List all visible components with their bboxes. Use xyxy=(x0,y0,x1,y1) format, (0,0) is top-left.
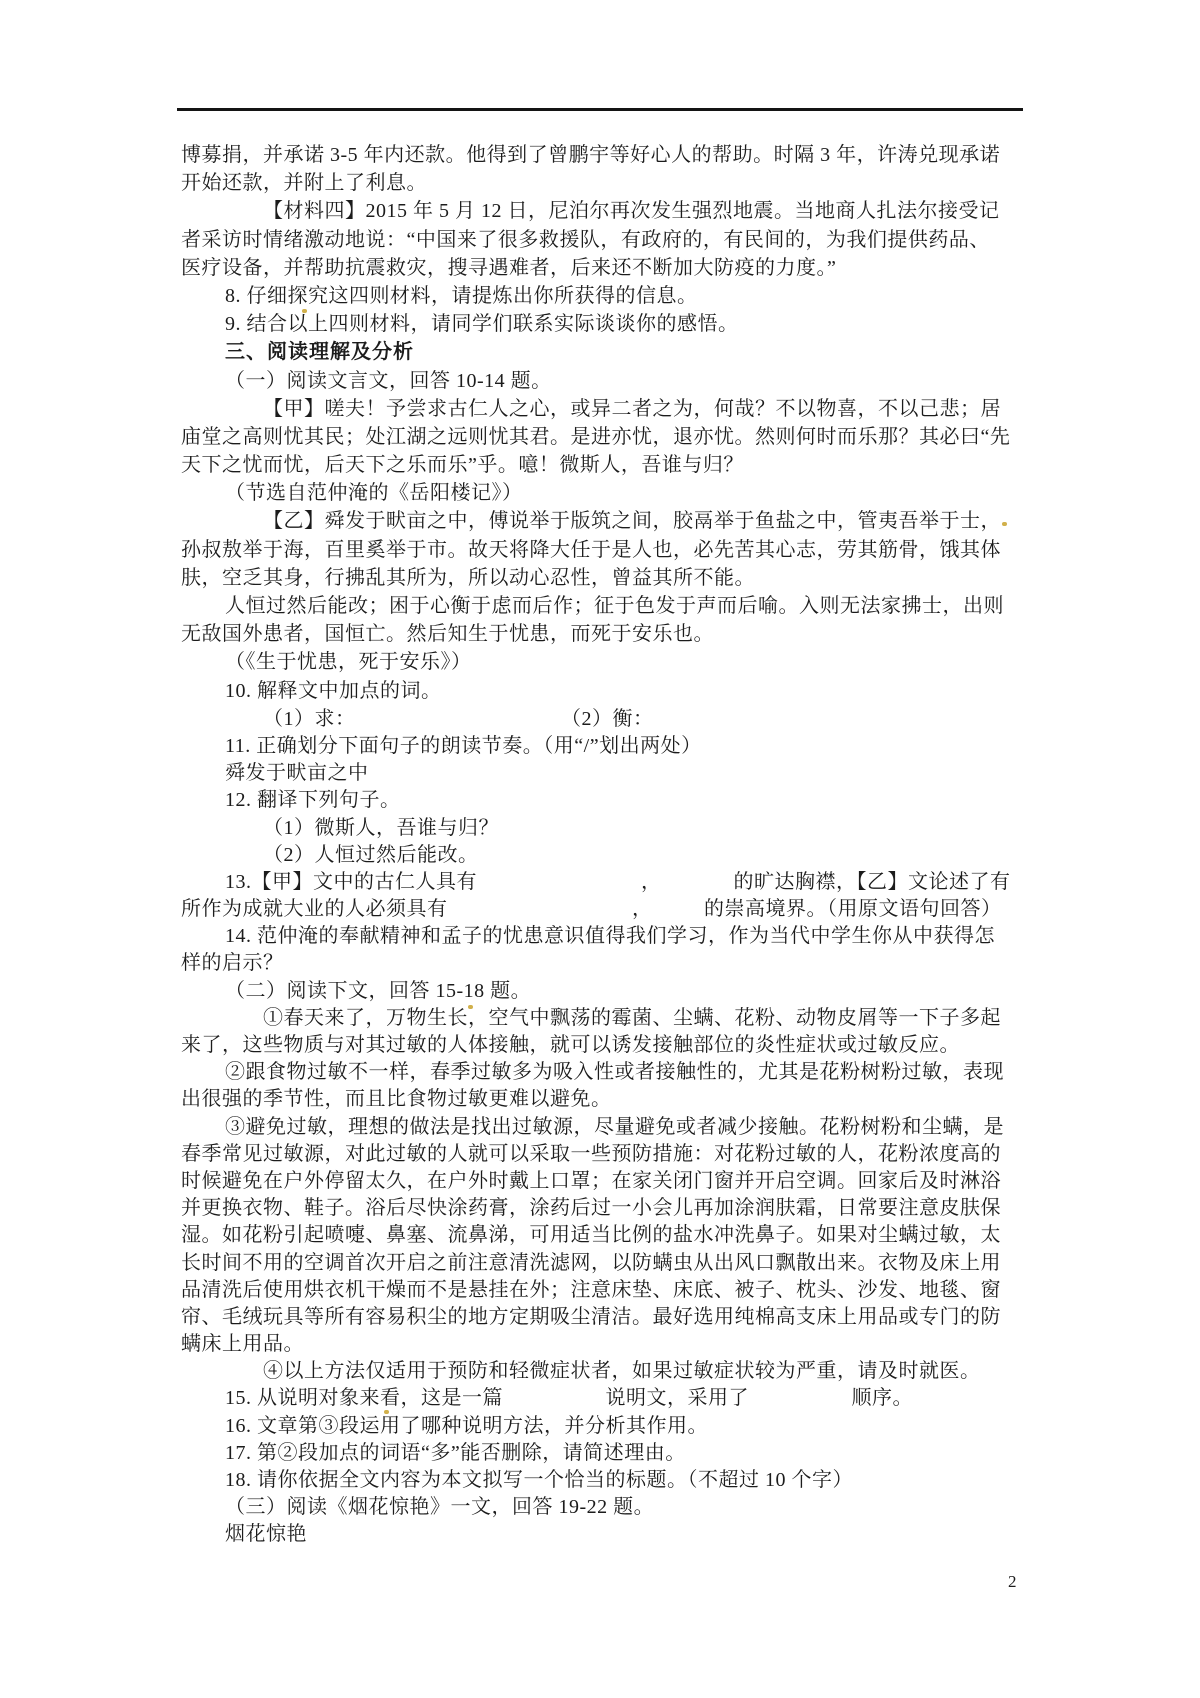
text-line: 者采访时情绪激动地说：“中国来了很多救援队，有政府的，有民间的，为我们提供药品、 xyxy=(181,226,1041,254)
text-line: 13.【甲】文中的古仁人具有 ， 的旷达胸襟，【乙】文论述了有 xyxy=(181,869,1041,896)
text-line: （三）阅读《烟花惊艳》一文，回答 19-22 题。 xyxy=(181,1494,1041,1521)
text-line: 舜发于畎亩之中 xyxy=(181,760,1041,787)
scanned-exam-page: 博募捐，并承诺 3-5 年内还款。他得到了曾鹏宇等好心人的帮助。时隔 3 年，许… xyxy=(0,0,1200,1698)
scan-artifact-dot xyxy=(384,1410,389,1414)
text-line: 【甲】嗟夫！予尝求古仁人之心，或异二者之为，何哉？不以物喜，不以己悲；居 xyxy=(181,395,1041,423)
text-line: 出很强的季节性，而且比食物过敏更难以避免。 xyxy=(181,1086,1041,1113)
text-line: 无敌国外患者，国恒亡。然后知生于忧患，而死于安乐也。 xyxy=(181,620,1041,648)
text-line: 11. 正确划分下面句子的朗读节奏。（用“/”划出两处） xyxy=(181,733,1041,760)
text-line: 样的启示？ xyxy=(181,950,1041,977)
text-line: 烟花惊艳 xyxy=(181,1521,1041,1548)
text-line: （1）求： （2）衡： xyxy=(181,705,1041,733)
text-line: 品清洗后使用烘衣机干燥而不是悬挂在外；注意床垫、床底、被子、枕头、沙发、地毯、窗 xyxy=(181,1277,1041,1304)
text-line: 医疗设备，并帮助抗震救灾，搜寻遇难者，后来还不断加大防疫的力度。” xyxy=(181,254,1041,282)
page-number: 2 xyxy=(1008,1572,1017,1592)
text-line: （1）微斯人，吾谁与归？ xyxy=(181,815,1041,842)
text-line: 三、阅读理解及分析 xyxy=(181,338,1041,366)
header-rule xyxy=(177,108,1023,111)
text-line: （《生于忧患，死于安乐》） xyxy=(181,648,1041,676)
text-line: （一）阅读文言文，回答 10-14 题。 xyxy=(181,367,1041,395)
text-line: ④以上方法仅适用于预防和轻微症状者，如果过敏症状较为严重，请及时就医。 xyxy=(181,1358,1041,1385)
text-line: 10. 解释文中加点的词。 xyxy=(181,677,1041,705)
text-line: 9. 结合以上四则材料，请同学们联系实际谈谈你的感悟。 xyxy=(181,310,1041,338)
text-line: 春季常见过敏源，对此过敏的人就可以采取一些预防措施：对花粉过敏的人，花粉浓度高的 xyxy=(181,1141,1041,1168)
text-line: 17. 第②段加点的词语“多”能否删除，请简述理由。 xyxy=(181,1440,1041,1467)
text-line: 帘、毛绒玩具等所有容易积尘的地方定期吸尘清洁。最好选用纯棉高支床上用品或专门的防 xyxy=(181,1304,1041,1331)
text-line: 天下之忧而忧，后天下之乐而乐”乎。噫！微斯人，吾谁与归？ xyxy=(181,451,1041,479)
text-line: ③避免过敏，理想的做法是找出过敏源，尽量避免或者减少接触。花粉树粉和尘螨，是 xyxy=(181,1114,1041,1141)
text-line: （二）阅读下文，回答 15-18 题。 xyxy=(181,978,1041,1005)
text-line: 开始还款，并附上了利息。 xyxy=(181,169,1041,197)
text-line: 庙堂之高则忧其民；处江湖之远则忧其君。是进亦忧，退亦忧。然则何时而乐那？其必曰“… xyxy=(181,423,1041,451)
text-line: 长时间不用的空调首次开启之前注意清洗滤网，以防螨虫从出风口飘散出来。衣物及床上用 xyxy=(181,1250,1041,1277)
text-line: 14. 范仲淹的奉献精神和孟子的忧患意识值得我们学习，作为当代中学生你从中获得怎 xyxy=(181,923,1041,950)
text-line: 8. 仔细探究这四则材料，请提炼出你所获得的信息。 xyxy=(181,282,1041,310)
text-line: 来了，这些物质与对其过敏的人体接触，就可以诱发接触部位的炎性症状或过敏反应。 xyxy=(181,1032,1041,1059)
scan-artifact-dot xyxy=(302,309,307,313)
text-line: 博募捐，并承诺 3-5 年内还款。他得到了曾鹏宇等好心人的帮助。时隔 3 年，许… xyxy=(181,141,1041,169)
document-text: 博募捐，并承诺 3-5 年内还款。他得到了曾鹏宇等好心人的帮助。时隔 3 年，许… xyxy=(181,141,1041,1549)
text-line: 肤，空乏其身，行拂乱其所为，所以动心忍性，曾益其所不能。 xyxy=(181,564,1041,592)
text-line: 孙叔敖举于海，百里奚举于市。故天将降大任于是人也，必先苦其心志，劳其筋骨，饿其体 xyxy=(181,536,1041,564)
text-line: 并更换衣物、鞋子。浴后尽快涂药膏，涂药后过一小会儿再加涂润肤霜，日常要注意皮肤保 xyxy=(181,1195,1041,1222)
text-line: 人恒过然后能改；困于心衡于虑而后作；征于色发于声而后喻。入则无法家拂士，出则 xyxy=(181,592,1041,620)
text-line: ②跟食物过敏不一样，春季过敏多为吸入性或者接触性的，尤其是花粉树粉过敏，表现 xyxy=(181,1059,1041,1086)
text-line: 16. 文章第③段运用了哪种说明方法，并分析其作用。 xyxy=(181,1413,1041,1440)
scan-artifact-dot xyxy=(1002,522,1007,526)
text-line: （节选自范仲淹的《岳阳楼记》） xyxy=(181,479,1041,507)
text-line: ①春天来了，万物生长，空气中飘荡的霉菌、尘螨、花粉、动物皮屑等一下子多起 xyxy=(181,1005,1041,1032)
text-line: 【乙】舜发于畎亩之中，傅说举于版筑之间，胶鬲举于鱼盐之中，管夷吾举于士， xyxy=(181,507,1041,535)
text-line: 螨床上用品。 xyxy=(181,1331,1041,1358)
text-line: （2）人恒过然后能改。 xyxy=(181,842,1041,869)
text-line: 18. 请你依据全文内容为本文拟写一个恰当的标题。（不超过 10 个字） xyxy=(181,1467,1041,1494)
text-line: 12. 翻译下列句子。 xyxy=(181,787,1041,814)
text-line: 所作为成就大业的人必须具有 ， 的崇高境界。（用原文语句回答） xyxy=(181,896,1041,923)
text-line: 时候避免在户外停留太久，在户外时戴上口罩；在家关闭门窗并开启空调。回家后及时淋浴 xyxy=(181,1168,1041,1195)
text-line: 湿。如花粉引起喷嚏、鼻塞、流鼻涕，可用适当比例的盐水冲洗鼻子。如果对尘螨过敏，太 xyxy=(181,1222,1041,1249)
text-line: 【材料四】2015 年 5 月 12 日，尼泊尔再次发生强烈地震。当地商人扎法尔… xyxy=(181,197,1041,225)
text-line: 15. 从说明对象来看，这是一篇 说明文，采用了 顺序。 xyxy=(181,1385,1041,1412)
scan-artifact-dot xyxy=(468,1005,473,1009)
